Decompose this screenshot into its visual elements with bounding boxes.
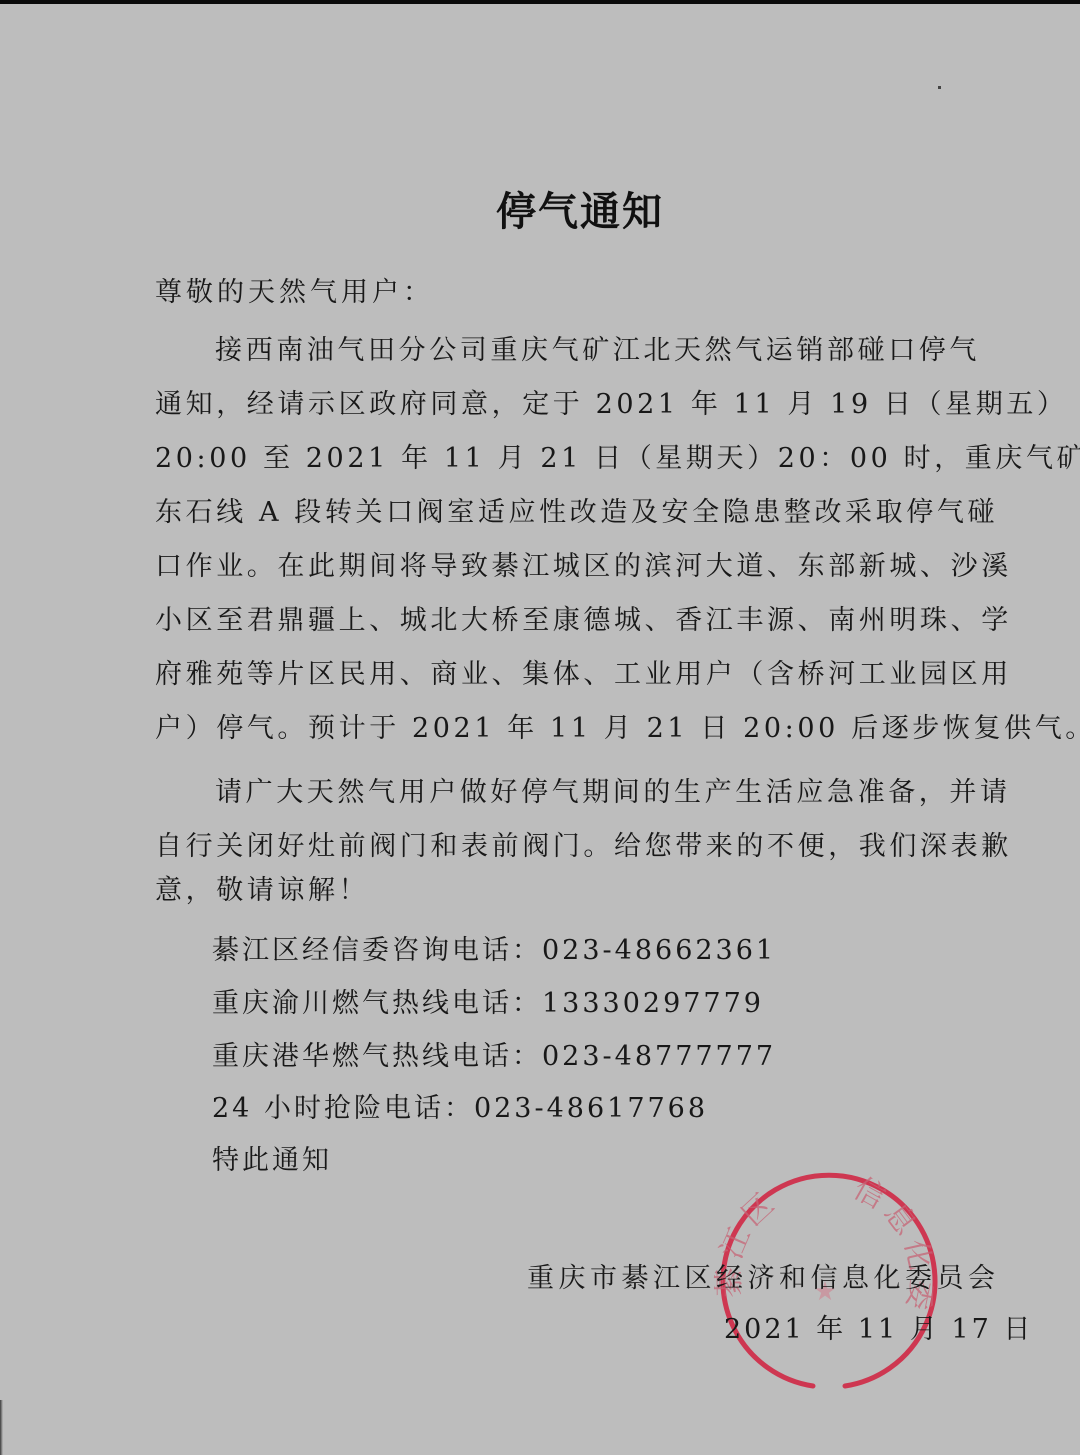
contact-item: 重庆渝川燃气热线电话：13330297779	[212, 987, 764, 1021]
issue-date: 2021 年 11 月 17 日	[724, 1313, 1033, 1347]
contact-label: 重庆港华燃气热线电话：	[212, 1041, 542, 1072]
paragraph-line: 通知，经请示区政府同意，定于 2021 年 11 月 19 日（星期五）	[155, 388, 1068, 422]
issuer-signature: 重庆市綦江区经济和信息化委员会	[527, 1262, 1000, 1296]
contact-phone: 023-48617768	[474, 1093, 708, 1124]
greeting: 尊敬的天然气用户：	[155, 276, 434, 310]
contact-phone: 13330297779	[542, 988, 764, 1019]
paragraph-line: 接西南油气田分公司重庆气矿江北天然气运销部碰口停气	[215, 334, 980, 368]
paragraph-line: 口作业。在此期间将导致綦江城区的滨河大道、东部新城、沙溪	[155, 550, 1012, 584]
paragraph-line: 20:00 至 2021 年 11 月 21 日（星期天）20：00 时，重庆气…	[155, 442, 1080, 476]
contact-item: 綦江区经信委咨询电话：023-48662361	[212, 934, 776, 968]
paragraph-line: 小区至君鼎疆上、城北大桥至康德城、香江丰源、南州明珠、学	[155, 604, 1012, 638]
paragraph-line: 意，敬请谅解！	[155, 874, 369, 908]
paper-speck	[938, 86, 941, 89]
contact-phone: 023-48777777	[542, 1041, 776, 1072]
contact-label: 綦江区经信委咨询电话：	[212, 935, 542, 966]
paragraph-line: 户）停气。预计于 2021 年 11 月 21 日 20:00 后逐步恢复供气。	[155, 712, 1080, 746]
contact-label: 24 小时抢险电话：	[212, 1093, 474, 1124]
paragraph-line: 东石线 A 段转关口阀室适应性改造及安全隐患整改采取停气碰	[155, 496, 998, 530]
paragraph-line: 府雅苑等片区民用、商业、集体、工业用户（含桥河工业园区用	[155, 658, 1012, 692]
edge-shadow	[0, 1400, 3, 1455]
contact-phone: 023-48662361	[542, 935, 776, 966]
top-border-strip	[0, 0, 1080, 4]
contact-label: 重庆渝川燃气热线电话：	[212, 988, 542, 1019]
contact-item: 重庆港华燃气热线电话：023-48777777	[212, 1040, 776, 1074]
contact-item: 24 小时抢险电话：023-48617768	[212, 1092, 708, 1126]
document-title: 停气通知	[0, 180, 1080, 237]
paragraph-line: 请广大天然气用户做好停气期间的生产生活应急准备，并请	[215, 776, 1011, 810]
closing-text: 特此通知	[212, 1144, 332, 1178]
paragraph-line: 自行关闭好灶前阀门和表前阀门。给您带来的不便，我们深表歉	[155, 830, 1012, 864]
